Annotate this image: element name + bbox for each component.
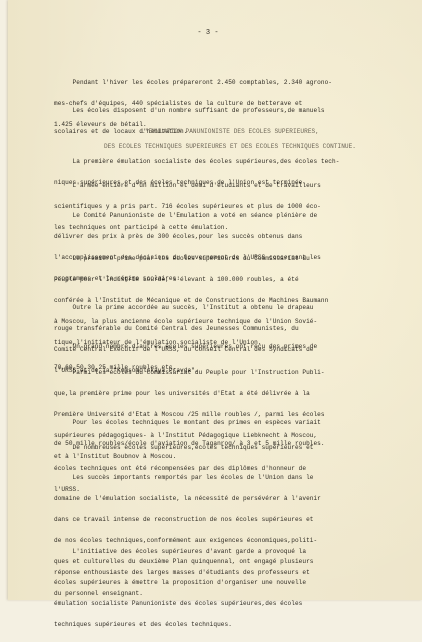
text-line: délivrer des prix à près de 300 écoles,p… bbox=[54, 233, 406, 240]
text-line: De nombreuses écoles supérieures,écoles … bbox=[54, 444, 406, 451]
document-page: - 3 - Pendant l'hiver les écoles prépare… bbox=[8, 0, 422, 600]
text-line: domaine de l'émulation socialiste, la né… bbox=[54, 495, 406, 502]
text-line: dans ce travail intense de reconstructio… bbox=[54, 516, 406, 523]
text-line: L'armée entière d'un million et demi d'é… bbox=[54, 182, 406, 189]
text-line: Un grand nombre d'autres écoles supérieu… bbox=[54, 343, 406, 350]
paragraph-13: L'initiative des écoles supérieures d'av… bbox=[54, 534, 406, 600]
text-line: L'initiative des écoles supérieures d'av… bbox=[54, 548, 406, 555]
text-line: du personnel enseignant. bbox=[54, 590, 406, 597]
page-number: - 3 - bbox=[178, 30, 238, 37]
text-line: Pendant l'hiver les écoles prépareront 2… bbox=[54, 79, 406, 86]
text-line: Les succès importants remportés par les … bbox=[54, 474, 406, 481]
text-line: Parmi les écoles du Commissariat du Peup… bbox=[54, 369, 406, 376]
text-line: Le première prime pour les écoles supéri… bbox=[54, 255, 406, 262]
text-line: réponse enthousiaste des larges masses d… bbox=[54, 569, 406, 576]
text-line: Les écoles disposent d'un nombre suffisa… bbox=[54, 107, 406, 114]
text-line: Le Comité Panunioniste de l'Emulation a … bbox=[54, 212, 406, 219]
text-line: Pour les écoles techniques le montant de… bbox=[54, 419, 406, 426]
text-line: Peuple pour l'Industrie Lourde, s'élevan… bbox=[54, 276, 406, 283]
text-line: Outre la prime accordée au succès, l'Ins… bbox=[54, 304, 406, 311]
text-line: La première émulation socialiste des éco… bbox=[54, 158, 406, 165]
text-line: que,la première prime pour les universit… bbox=[54, 390, 406, 397]
